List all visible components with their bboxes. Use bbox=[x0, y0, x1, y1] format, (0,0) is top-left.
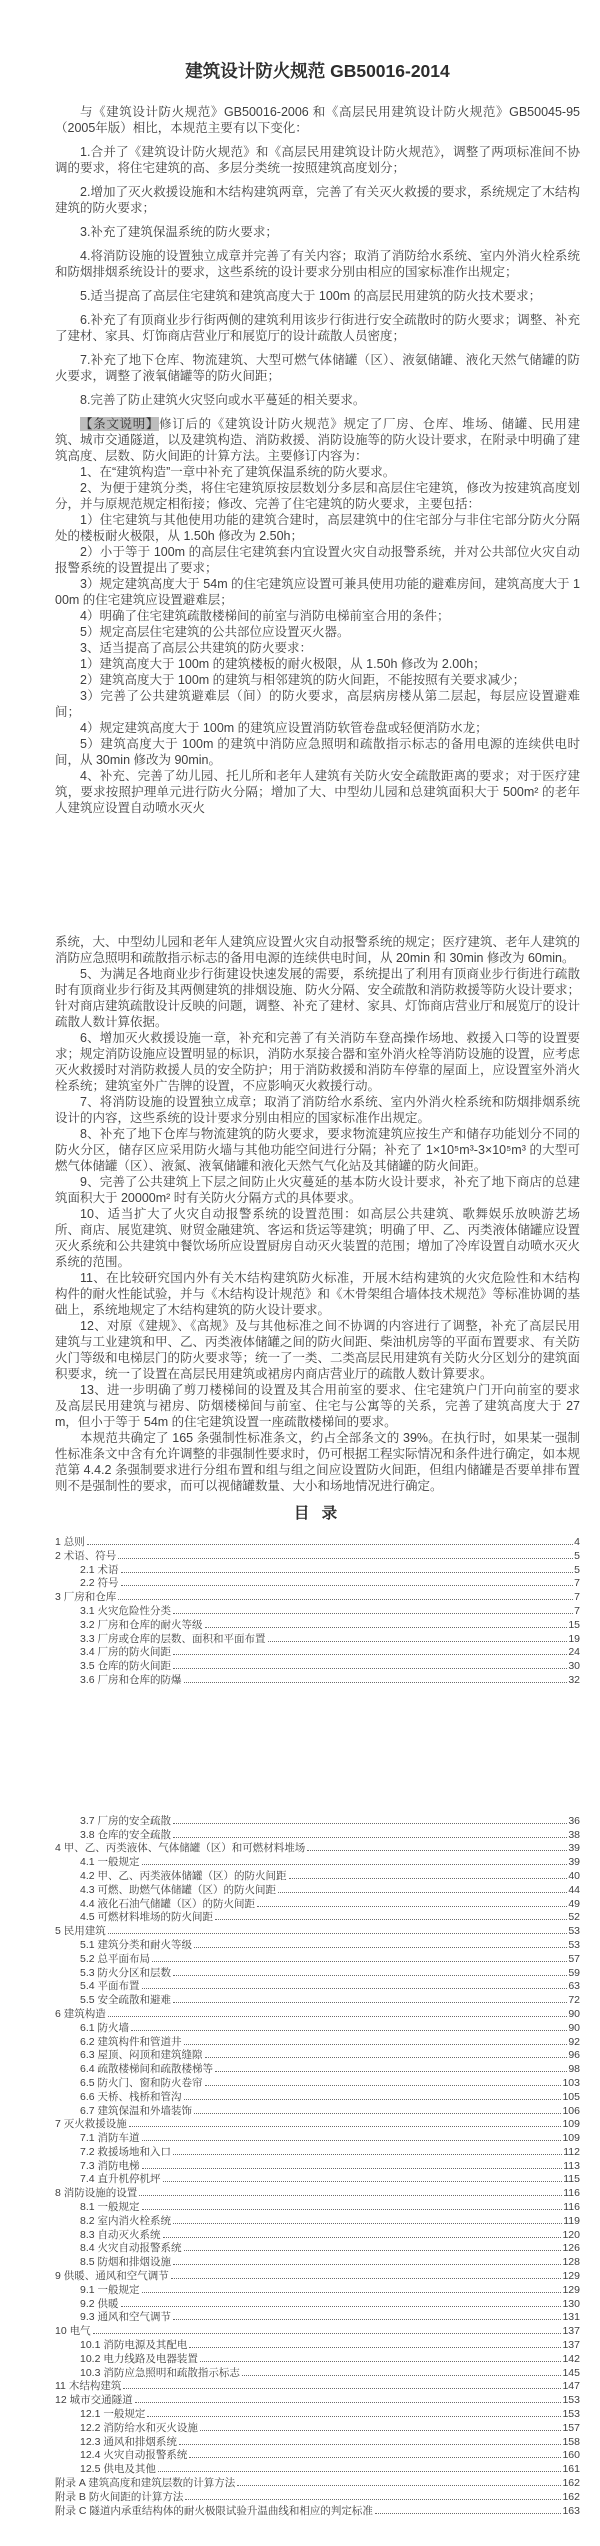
revision-item-3-2: 2）建筑高度大于 100m 的建筑与相邻建筑的防火间距，不能按照有关要求减少； bbox=[55, 672, 580, 688]
toc-part2: 3.7 厂房的安全疏散363.8 仓库的安全疏散384 甲、乙、丙类液体、气体储… bbox=[55, 1815, 580, 2519]
toc-leader-dots bbox=[142, 2168, 563, 2169]
toc-entry-label: 12.4 火灾自动报警系统 bbox=[80, 2449, 187, 2463]
toc-entry-label: 12.2 消防给水和灭火设施 bbox=[80, 2422, 198, 2436]
page1-body: 与《建筑设计防火规范》GB50016-2006 和《高层民用建筑设计防火规范》G… bbox=[55, 104, 580, 816]
change-item-5: 5.适当提高了高层住宅建筑和建筑高度大于 100m 的高层民用建筑的防火技术要求… bbox=[55, 288, 580, 304]
revision-item-1: 1、在“建筑构造”一章中补充了建筑保温系统的防火要求。 bbox=[55, 464, 580, 480]
toc-entry: 6.1 防火墙90 bbox=[55, 2022, 580, 2036]
toc-leader-dots bbox=[93, 2333, 562, 2334]
change-item-6: 6.补充了有顶商业步行街两侧的建筑利用该步行街进行安全疏散时的防火要求；调整、补… bbox=[55, 312, 580, 344]
change-item-1: 1.合并了《建筑设计防火规范》和《高层民用建筑设计防火规范》，调整了两项标准间不… bbox=[55, 144, 580, 176]
toc-entry-page: 116 bbox=[563, 2187, 580, 2201]
toc-leader-dots bbox=[205, 2057, 568, 2058]
toc-entry-page: 90 bbox=[568, 2022, 580, 2036]
toc-entry-label: 5.4 平面布置 bbox=[80, 1980, 140, 1994]
toc-entry-page: 120 bbox=[562, 2229, 580, 2243]
toc-entry-label: 6.6 天桥、栈桥和管沟 bbox=[80, 2091, 182, 2105]
toc-leader-dots bbox=[184, 2099, 562, 2100]
toc-entry-page: 157 bbox=[562, 2422, 580, 2436]
toc-leader-dots bbox=[173, 2319, 561, 2320]
toc-leader-dots bbox=[268, 1641, 568, 1642]
toc-entry-label: 3.5 仓库的防火间距 bbox=[80, 1660, 171, 1674]
toc-entry-page: 30 bbox=[568, 1660, 580, 1674]
toc-entry: 5.2 总平面布局57 bbox=[55, 1953, 580, 1967]
toc-entry: 4.2 甲、乙、丙类液体储罐（区）的防火间距40 bbox=[55, 1870, 580, 1884]
toc-entry: 4.4 液化石油气储罐（区）的防火间距49 bbox=[55, 1898, 580, 1912]
toc-entry-page: 109 bbox=[562, 2132, 580, 2146]
toc-entry-label: 4.1 一般规定 bbox=[80, 1856, 140, 1870]
toc-entry: 2 术语、符号5 bbox=[55, 1550, 580, 1564]
toc-leader-dots bbox=[131, 2030, 567, 2031]
toc-leader-dots bbox=[289, 1878, 568, 1879]
page-break-gap bbox=[55, 816, 580, 934]
toc-leader-dots bbox=[215, 1919, 567, 1920]
toc-entry: 附录 C 隧道内承重结构体的耐火极限试验升温曲线和相应的判定标准163 bbox=[55, 2505, 580, 2519]
toc-entry-label: 8.1 一般规定 bbox=[80, 2201, 140, 2215]
toc-entry-label: 3.1 火灾危险性分类 bbox=[80, 1605, 171, 1619]
toc-leader-dots bbox=[205, 2085, 562, 2086]
toc-leader-dots bbox=[173, 1654, 567, 1655]
toc-entry: 6.7 建筑保温和外墙装饰106 bbox=[55, 2105, 580, 2119]
toc-entry-label: 6 建筑构造 bbox=[55, 2008, 106, 2022]
toc-entry-page: 92 bbox=[568, 2036, 580, 2050]
toc-entry-label: 7.2 救援场地和入口 bbox=[80, 2146, 171, 2160]
revision-item-3-5: 5）建筑高度大于 100m 的建筑中消防应急照明和疏散指示标志的备用电源的连续供… bbox=[55, 736, 580, 768]
toc-entry-label: 7 灭火救援设施 bbox=[55, 2118, 127, 2132]
toc-leader-dots bbox=[194, 2113, 561, 2114]
toc-leader-dots bbox=[184, 2044, 568, 2045]
toc-entry: 10 电气137 bbox=[55, 2325, 580, 2339]
toc-leader-dots bbox=[121, 2306, 562, 2307]
toc-entry: 附录 B 防火间距的计算方法162 bbox=[55, 2491, 580, 2505]
toc-leader-dots bbox=[152, 1961, 567, 1962]
toc-entry: 7.1 消防车道109 bbox=[55, 2132, 580, 2146]
revision-item-9: 9、完善了公共建筑上下层之间防止火灾蔓延的基本防火设计要求，补充了地下商店的总建… bbox=[55, 1174, 580, 1206]
toc-entry-label: 6.4 疏散楼梯间和疏散楼梯等 bbox=[80, 2063, 213, 2077]
toc-entry: 6.6 天桥、栈桥和管沟105 bbox=[55, 2091, 580, 2105]
toc-entry: 9.3 通风和空气调节131 bbox=[55, 2311, 580, 2325]
toc-leader-dots bbox=[158, 2471, 562, 2472]
document-page: 建筑设计防火规范 GB50016-2014 与《建筑设计防火规范》GB50016… bbox=[0, 0, 600, 2546]
toc-entry-page: 137 bbox=[562, 2325, 580, 2339]
toc-entry-page: 103 bbox=[562, 2077, 580, 2091]
toc-leader-dots bbox=[139, 2195, 562, 2196]
toc-entry-page: 7 bbox=[574, 1577, 580, 1591]
toc-entry-page: 153 bbox=[562, 2408, 580, 2422]
toc-entry: 12 城市交通隧道153 bbox=[55, 2394, 580, 2408]
toc-entry-page: 32 bbox=[568, 1674, 580, 1688]
toc-entry-page: 129 bbox=[562, 2270, 580, 2284]
toc-entry: 6 建筑构造90 bbox=[55, 2008, 580, 2022]
toc-entry: 9.2 供暖130 bbox=[55, 2298, 580, 2312]
toc-entry-page: 7 bbox=[574, 1605, 580, 1619]
toc-entry-label: 1 总则 bbox=[55, 1536, 85, 1550]
toc-leader-dots bbox=[87, 1544, 573, 1545]
toc-entry-page: 160 bbox=[562, 2449, 580, 2463]
toc-leader-dots bbox=[194, 1947, 567, 1948]
page2-body: 系统，大、中型幼儿园和老年人建筑应设置火灾自动报警系统的规定；医疗建筑、老年人建… bbox=[55, 934, 580, 1494]
toc-leader-dots bbox=[179, 2444, 562, 2445]
revision-item-11: 11、在比较研究国内外有关木结构建筑防火标准，开展木结构建筑的火灾危险性和木结构… bbox=[55, 1270, 580, 1318]
toc-leader-dots bbox=[163, 2181, 563, 2182]
toc-leader-dots bbox=[242, 2375, 562, 2376]
toc-entry-label: 6.7 建筑保温和外墙装饰 bbox=[80, 2105, 192, 2119]
revision-item-7: 7、将消防设施的设置独立成章；取消了消防给水系统、室内外消火栓系统和防烟排烟系统… bbox=[55, 1094, 580, 1126]
toc-entry: 7.2 救援场地和入口112 bbox=[55, 2146, 580, 2160]
toc-leader-dots bbox=[142, 1988, 568, 1989]
toc-entry-page: 7 bbox=[574, 1591, 580, 1605]
toc-entry-page: 162 bbox=[562, 2491, 580, 2505]
toc-entry-page: 72 bbox=[568, 1994, 580, 2008]
toc-leader-dots bbox=[173, 1613, 573, 1614]
toc-entry-label: 9 供暖、通风和空气调节 bbox=[55, 2270, 169, 2284]
toc-entry-label: 附录 A 建筑高度和建筑层数的计算方法 bbox=[55, 2477, 235, 2491]
toc-leader-dots bbox=[142, 2209, 563, 2210]
toc-leader-dots bbox=[108, 2016, 568, 2017]
revision-item-10: 10、适当扩大了火灾自动报警系统的设置范围：如高层公共建筑、歌舞娱乐放映游艺场所… bbox=[55, 1206, 580, 1270]
toc-entry: 3.5 仓库的防火间距30 bbox=[55, 1660, 580, 1674]
toc-entry-label: 12.3 通风和排烟系统 bbox=[80, 2436, 177, 2450]
toc-entry: 5.1 建筑分类和耐火等级53 bbox=[55, 1939, 580, 1953]
toc-entry-label: 12 城市交通隧道 bbox=[55, 2394, 133, 2408]
toc-entry-label: 5.2 总平面布局 bbox=[80, 1953, 150, 1967]
toc-entry-page: 57 bbox=[568, 1953, 580, 1967]
toc-entry: 5.5 安全疏散和避难72 bbox=[55, 1994, 580, 2008]
toc-entry-page: 19 bbox=[568, 1633, 580, 1647]
toc-leader-dots bbox=[200, 2361, 562, 2362]
toc-entry-page: 53 bbox=[568, 1925, 580, 1939]
toc-leader-dots bbox=[171, 2278, 562, 2279]
toc-entry: 3.6 厂房和仓库的防爆32 bbox=[55, 1674, 580, 1688]
toc-entry-label: 7.1 消防车道 bbox=[80, 2132, 140, 2146]
toc-entry: 6.3 屋顶、闷顶和建筑缝隙96 bbox=[55, 2049, 580, 2063]
toc-entry-page: 44 bbox=[568, 1884, 580, 1898]
toc-entry-page: 36 bbox=[568, 1815, 580, 1829]
toc-leader-dots bbox=[184, 2250, 562, 2251]
toc-entry: 12.1 一般规定153 bbox=[55, 2408, 580, 2422]
change-item-2: 2.增加了灭火救援设施和木结构建筑两章，完善了有关灭火救援的要求，系统规定了木结… bbox=[55, 184, 580, 216]
toc-part1: 1 总则42 术语、符号52.1 术语52.2 符号73 厂房和仓库73.1 火… bbox=[55, 1536, 580, 1688]
revision-item-13: 13、进一步明确了剪刀楼梯间的设置及其合用前室的要求、住宅建筑户门开向前室的要求… bbox=[55, 1382, 580, 1430]
toc-entry: 5.4 平面布置63 bbox=[55, 1980, 580, 1994]
toc-entry: 12.2 消防给水和灭火设施157 bbox=[55, 2422, 580, 2436]
toc-entry-page: 24 bbox=[568, 1646, 580, 1660]
toc-entry-page: 105 bbox=[562, 2091, 580, 2105]
document-content: 建筑设计防火规范 GB50016-2014 与《建筑设计防火规范》GB50016… bbox=[0, 0, 600, 2518]
toc-entry-label: 8.2 室内消火栓系统 bbox=[80, 2215, 171, 2229]
toc-entry-page: 39 bbox=[568, 1842, 580, 1856]
revision-item-2-2: 2）小于等于 100m 的高层住宅建筑套内宜设置火灾自动报警系统，并对公共部位火… bbox=[55, 544, 580, 576]
toc-entry-label: 12.1 一般规定 bbox=[80, 2408, 145, 2422]
toc-entry-label: 6.3 屋顶、闷顶和建筑缝隙 bbox=[80, 2049, 203, 2063]
toc-entry-label: 7.3 消防电梯 bbox=[80, 2160, 140, 2174]
toc-entry: 2.2 符号7 bbox=[55, 1577, 580, 1591]
toc-leader-dots bbox=[237, 2485, 561, 2486]
toc-leader-dots bbox=[200, 2430, 562, 2431]
toc-entry: 3.1 火灾危险性分类7 bbox=[55, 1605, 580, 1619]
toc-leader-dots bbox=[121, 1572, 574, 1573]
toc-leader-dots bbox=[173, 2264, 561, 2265]
toc-entry: 8.1 一般规定116 bbox=[55, 2201, 580, 2215]
toc-entry-page: 131 bbox=[562, 2311, 580, 2325]
page-break-gap bbox=[55, 1688, 580, 1815]
toc-entry-label: 8.3 自动灭火系统 bbox=[80, 2229, 161, 2243]
change-item-7: 7.补充了地下仓库、物流建筑、大型可燃气体储罐（区）、液氨储罐、液化天然气储罐的… bbox=[55, 352, 580, 384]
toc-entry-label: 10.2 电力线路及电器装置 bbox=[80, 2353, 198, 2367]
revision-item-12: 12、对原《建规》、《高规》及与其他标准之间不协调的内容进行了调整，补充了高层民… bbox=[55, 1318, 580, 1382]
toc-entry-page: 106 bbox=[562, 2105, 580, 2119]
toc-leader-dots bbox=[189, 2347, 561, 2348]
toc-leader-dots bbox=[129, 2126, 562, 2127]
toc-entry: 8.2 室内消火栓系统119 bbox=[55, 2215, 580, 2229]
toc-entry-page: 119 bbox=[563, 2215, 580, 2229]
toc-entry-page: 162 bbox=[562, 2477, 580, 2491]
toc-entry-label: 2 术语、符号 bbox=[55, 1550, 116, 1564]
toc-entry-label: 3.6 厂房和仓库的防爆 bbox=[80, 1674, 182, 1688]
toc-entry-page: 38 bbox=[568, 1829, 580, 1843]
toc-leader-dots bbox=[142, 2292, 562, 2293]
toc-entry-page: 109 bbox=[562, 2118, 580, 2132]
toc-entry: 7.3 消防电梯113 bbox=[55, 2160, 580, 2174]
toc-entry-page: 5 bbox=[574, 1564, 580, 1578]
revision-item-2-5: 5）规定高层住宅建筑的公共部位应设置灭火器。 bbox=[55, 624, 580, 640]
toc-leader-dots bbox=[173, 1823, 567, 1824]
toc-entry-label: 11 木结构建筑 bbox=[55, 2380, 121, 2394]
toc-entry-page: 52 bbox=[568, 1911, 580, 1925]
toc-entry-label: 5.5 安全疏散和避难 bbox=[80, 1994, 171, 2008]
toc-leader-dots bbox=[173, 2223, 562, 2224]
toc-entry: 10.1 消防电源及其配电137 bbox=[55, 2339, 580, 2353]
toc-leader-dots bbox=[173, 2154, 562, 2155]
change-item-3: 3.补充了建筑保温系统的防火要求； bbox=[55, 224, 580, 240]
toc-entry-page: 4 bbox=[574, 1536, 580, 1550]
toc-entry-page: 49 bbox=[568, 1898, 580, 1912]
toc-entry-label: 4.5 可燃材料堆场的防火间距 bbox=[80, 1911, 213, 1925]
toc-leader-dots bbox=[147, 2416, 561, 2417]
toc-entry: 12.4 火灾自动报警系统160 bbox=[55, 2449, 580, 2463]
doc-title: 建筑设计防火规范 GB50016-2014 bbox=[55, 0, 580, 96]
revision-item-6: 6、增加灭火救援设施一章，补充和完善了有关消防车登高操作场地、救援入口等的设置要… bbox=[55, 1030, 580, 1094]
toc-entry: 8.3 自动灭火系统120 bbox=[55, 2229, 580, 2243]
toc-leader-dots bbox=[142, 2140, 562, 2141]
toc-entry-page: 53 bbox=[568, 1939, 580, 1953]
toc-entry-label: 2.2 符号 bbox=[80, 1577, 119, 1591]
toc-entry-page: 158 bbox=[562, 2436, 580, 2450]
toc-entry-page: 128 bbox=[562, 2256, 580, 2270]
toc-entry: 3.8 仓库的安全疏散38 bbox=[55, 1829, 580, 1843]
toc-entry-page: 115 bbox=[563, 2173, 580, 2187]
toc-entry-label: 7.4 直升机停机坪 bbox=[80, 2173, 161, 2187]
toc-entry-page: 145 bbox=[562, 2367, 580, 2381]
toc-entry-label: 4 甲、乙、丙类液体、气体储罐（区）和可燃材料堆场 bbox=[55, 1842, 305, 1856]
toc-entry-label: 附录 C 隧道内承重结构体的耐火极限试验升温曲线和相应的判定标准 bbox=[55, 2505, 373, 2519]
toc-leader-dots bbox=[205, 1627, 568, 1628]
toc-entry: 9 供暖、通风和空气调节129 bbox=[55, 2270, 580, 2284]
toc-entry: 6.4 疏散楼梯间和疏散楼梯等98 bbox=[55, 2063, 580, 2077]
toc-entry-label: 10.1 消防电源及其配电 bbox=[80, 2339, 187, 2353]
toc-leader-dots bbox=[307, 1850, 567, 1851]
toc-leader-dots bbox=[118, 1599, 573, 1600]
toc-entry: 2.1 术语5 bbox=[55, 1564, 580, 1578]
toc-entry-label: 4.4 液化石油气储罐（区）的防火间距 bbox=[80, 1898, 255, 1912]
toc-entry: 4.1 一般规定39 bbox=[55, 1856, 580, 1870]
toc-leader-dots bbox=[118, 1558, 573, 1559]
toc-entry-label: 3.4 厂房的防火间距 bbox=[80, 1646, 171, 1660]
toc-entry: 1 总则4 bbox=[55, 1536, 580, 1550]
toc-entry-label: 2.1 术语 bbox=[80, 1564, 119, 1578]
toc-entry: 附录 A 建筑高度和建筑层数的计算方法162 bbox=[55, 2477, 580, 2491]
toc-entry-label: 4.3 可燃、助燃气体储罐（区）的防火间距 bbox=[80, 1884, 276, 1898]
toc-entry-page: 126 bbox=[562, 2242, 580, 2256]
toc-leader-dots bbox=[185, 2499, 561, 2500]
toc-entry: 3.2 厂房和仓库的耐火等级15 bbox=[55, 1619, 580, 1633]
toc-leader-dots bbox=[173, 1668, 567, 1669]
toc-entry-page: 163 bbox=[562, 2505, 580, 2519]
toc-entry-page: 98 bbox=[568, 2063, 580, 2077]
toc-entry: 6.2 建筑构件和管道井92 bbox=[55, 2036, 580, 2050]
toc-entry: 10.3 消防应急照明和疏散指示标志145 bbox=[55, 2367, 580, 2381]
toc-entry: 12.3 通风和排烟系统158 bbox=[55, 2436, 580, 2450]
toc-entry: 12.5 供电及其他161 bbox=[55, 2463, 580, 2477]
toc-leader-dots bbox=[173, 2002, 567, 2003]
toc-entry-page: 113 bbox=[563, 2160, 580, 2174]
revision-item-3: 3、适当提高了高层公共建筑的防火要求： bbox=[55, 640, 580, 656]
toc-entry-page: 130 bbox=[562, 2298, 580, 2312]
change-item-4: 4.将消防设施的设置独立成章并完善了有关内容；取消了消防给水系统、室内外消火栓系… bbox=[55, 248, 580, 280]
change-item-8: 8.完善了防止建筑火灾竖向或水平蔓延的相关要求。 bbox=[55, 392, 580, 408]
toc-entry: 10.2 电力线路及电器装置142 bbox=[55, 2353, 580, 2367]
intro-paragraph: 与《建筑设计防火规范》GB50016-2006 和《高层民用建筑设计防火规范》G… bbox=[55, 104, 580, 136]
toc-entry-label: 5.1 建筑分类和耐火等级 bbox=[80, 1939, 192, 1953]
toc-entry: 4.3 可燃、助燃气体储罐（区）的防火间距44 bbox=[55, 1884, 580, 1898]
toc-entry-label: 3.3 厂房或仓库的层数、面积和平面布置 bbox=[80, 1633, 266, 1647]
toc-leader-dots bbox=[142, 1864, 568, 1865]
revision-item-8: 8、补充了地下仓库与物流建筑的防火要求，要求物流建筑应按生产和储存功能划分不同的… bbox=[55, 1126, 580, 1174]
toc-leader-dots bbox=[257, 1906, 567, 1907]
toc-entry: 8 消防设施的设置116 bbox=[55, 2187, 580, 2201]
revision-item-5: 5、为满足各地商业步行街建设快速发展的需要，系统提出了利用有顶商业步行街进行疏散… bbox=[55, 966, 580, 1030]
toc-entry-label: 10.3 消防应急照明和疏散指示标志 bbox=[80, 2367, 240, 2381]
toc-leader-dots bbox=[123, 2388, 561, 2389]
toc-entry-label: 8.5 防烟和排烟设施 bbox=[80, 2256, 171, 2270]
toc-entry: 4.5 可燃材料堆场的防火间距52 bbox=[55, 1911, 580, 1925]
toc-entry-page: 153 bbox=[562, 2394, 580, 2408]
toc-leader-dots bbox=[215, 2071, 567, 2072]
toc-leader-dots bbox=[163, 2237, 562, 2238]
toc-entry: 4 甲、乙、丙类液体、气体储罐（区）和可燃材料堆场39 bbox=[55, 1842, 580, 1856]
toc-entry-label: 附录 B 防火间距的计算方法 bbox=[55, 2491, 183, 2505]
toc-entry-label: 9.3 通风和空气调节 bbox=[80, 2311, 171, 2325]
toc-entry-label: 3.8 仓库的安全疏散 bbox=[80, 1829, 171, 1843]
toc-entry-label: 9.2 供暖 bbox=[80, 2298, 119, 2312]
toc-leader-dots bbox=[121, 1585, 574, 1586]
toc-entry: 6.5 防火门、窗和防火卷帘103 bbox=[55, 2077, 580, 2091]
toc-entry-label: 6.2 建筑构件和管道井 bbox=[80, 2036, 182, 2050]
toc-entry-page: 112 bbox=[563, 2146, 580, 2160]
toc-entry-page: 90 bbox=[568, 2008, 580, 2022]
toc-leader-dots bbox=[189, 2457, 561, 2458]
toc-entry-page: 59 bbox=[568, 1967, 580, 1981]
toc-leader-dots bbox=[173, 1975, 567, 1976]
toc-entry-page: 116 bbox=[563, 2201, 580, 2215]
toc-leader-dots bbox=[135, 2402, 562, 2403]
revision-item-3-1: 1）建筑高度大于 100m 的建筑楼板的耐火极限，从 1.50h 修改为 2.0… bbox=[55, 656, 580, 672]
toc-leader-dots bbox=[184, 1682, 568, 1683]
toc-entry: 7 灭火救援设施109 bbox=[55, 2118, 580, 2132]
revision-item-3-3: 3）完善了公共建筑避难层（间）的防火要求，高层病房楼从第二层起，每层应设置避难间… bbox=[55, 688, 580, 720]
toc-entry: 5.3 防火分区和层数59 bbox=[55, 1967, 580, 1981]
toc-entry-label: 3.7 厂房的安全疏散 bbox=[80, 1815, 171, 1829]
note-paragraph: 【条文说明】修订后的《建筑设计防火规范》规定了厂房、仓库、堆场、储罐、民用建筑、… bbox=[55, 416, 580, 464]
toc-entry-label: 6.5 防火门、窗和防火卷帘 bbox=[80, 2077, 203, 2091]
toc-entry-page: 39 bbox=[568, 1856, 580, 1870]
toc-entry-page: 15 bbox=[568, 1619, 580, 1633]
toc-entry-page: 147 bbox=[562, 2380, 580, 2394]
toc-heading: 目 录 bbox=[55, 1494, 580, 1536]
toc-entry-label: 8.4 火灾自动报警系统 bbox=[80, 2242, 182, 2256]
toc-entry-page: 63 bbox=[568, 1980, 580, 1994]
toc-entry: 7.4 直升机停机坪115 bbox=[55, 2173, 580, 2187]
revision-item-3-4: 4）规定建筑高度大于 100m 的建筑应设置消防软管卷盘或轻便消防水龙； bbox=[55, 720, 580, 736]
toc-entry-label: 4.2 甲、乙、丙类液体储罐（区）的防火间距 bbox=[80, 1870, 287, 1884]
toc-entry: 3 厂房和仓库7 bbox=[55, 1591, 580, 1605]
toc-entry: 11 木结构建筑147 bbox=[55, 2380, 580, 2394]
toc-entry: 5 民用建筑53 bbox=[55, 1925, 580, 1939]
toc-leader-dots bbox=[278, 1892, 567, 1893]
closing-paragraph: 本规范共确定了 165 条强制性标准条文，约占全部条文的 39%。在执行时，如果… bbox=[55, 1430, 580, 1494]
toc-entry-label: 10 电气 bbox=[55, 2325, 91, 2339]
toc-entry-page: 137 bbox=[562, 2339, 580, 2353]
revision-item-4: 4、补充、完善了幼儿园、托儿所和老年人建筑有关防火安全疏散距离的要求；对于医疗建… bbox=[55, 768, 580, 816]
revision-item-2: 2、为便于建筑分类，将住宅建筑原按层数划分多层和高层住宅建筑，修改为按建筑高度划… bbox=[55, 480, 580, 512]
toc-entry-label: 3.2 厂房和仓库的耐火等级 bbox=[80, 1619, 203, 1633]
note-label-highlight: 【条文说明】 bbox=[80, 417, 159, 431]
toc-leader-dots bbox=[173, 1837, 567, 1838]
toc-entry-page: 40 bbox=[568, 1870, 580, 1884]
toc-entry-page: 161 bbox=[562, 2463, 580, 2477]
toc-entry-page: 96 bbox=[568, 2049, 580, 2063]
toc-entry-label: 5.3 防火分区和层数 bbox=[80, 1967, 171, 1981]
toc-entry-label: 3 厂房和仓库 bbox=[55, 1591, 116, 1605]
toc-entry-page: 142 bbox=[562, 2353, 580, 2367]
revision-item-2-1: 1）住宅建筑与其他使用功能的建筑合建时，高层建筑中的住宅部分与非住宅部分防火分隔… bbox=[55, 512, 580, 544]
toc-leader-dots bbox=[108, 1933, 568, 1934]
toc-entry-label: 9.1 一般规定 bbox=[80, 2284, 140, 2298]
revision-item-4-continued: 系统，大、中型幼儿园和老年人建筑应设置火灾自动报警系统的规定；医疗建筑、老年人建… bbox=[55, 934, 580, 966]
toc-leader-dots bbox=[375, 2513, 562, 2514]
toc-entry: 3.4 厂房的防火间距24 bbox=[55, 1646, 580, 1660]
toc-entry-label: 6.1 防火墙 bbox=[80, 2022, 129, 2036]
toc-entry: 9.1 一般规定129 bbox=[55, 2284, 580, 2298]
toc-entry: 3.3 厂房或仓库的层数、面积和平面布置19 bbox=[55, 1633, 580, 1647]
revision-item-2-3: 3）规定建筑高度大于 54m 的住宅建筑应设置可兼具使用功能的避难房间，建筑高度… bbox=[55, 576, 580, 608]
toc-entry: 3.7 厂房的安全疏散36 bbox=[55, 1815, 580, 1829]
toc-entry-page: 5 bbox=[574, 1550, 580, 1564]
toc-entry-page: 129 bbox=[562, 2284, 580, 2298]
revision-item-2-4: 4）明确了住宅建筑疏散楼梯间的前室与消防电梯前室合用的条件； bbox=[55, 608, 580, 624]
toc-entry: 8.4 火灾自动报警系统126 bbox=[55, 2242, 580, 2256]
toc-entry: 8.5 防烟和排烟设施128 bbox=[55, 2256, 580, 2270]
toc-entry-label: 5 民用建筑 bbox=[55, 1925, 106, 1939]
toc-entry-label: 12.5 供电及其他 bbox=[80, 2463, 156, 2477]
toc-entry-label: 8 消防设施的设置 bbox=[55, 2187, 137, 2201]
